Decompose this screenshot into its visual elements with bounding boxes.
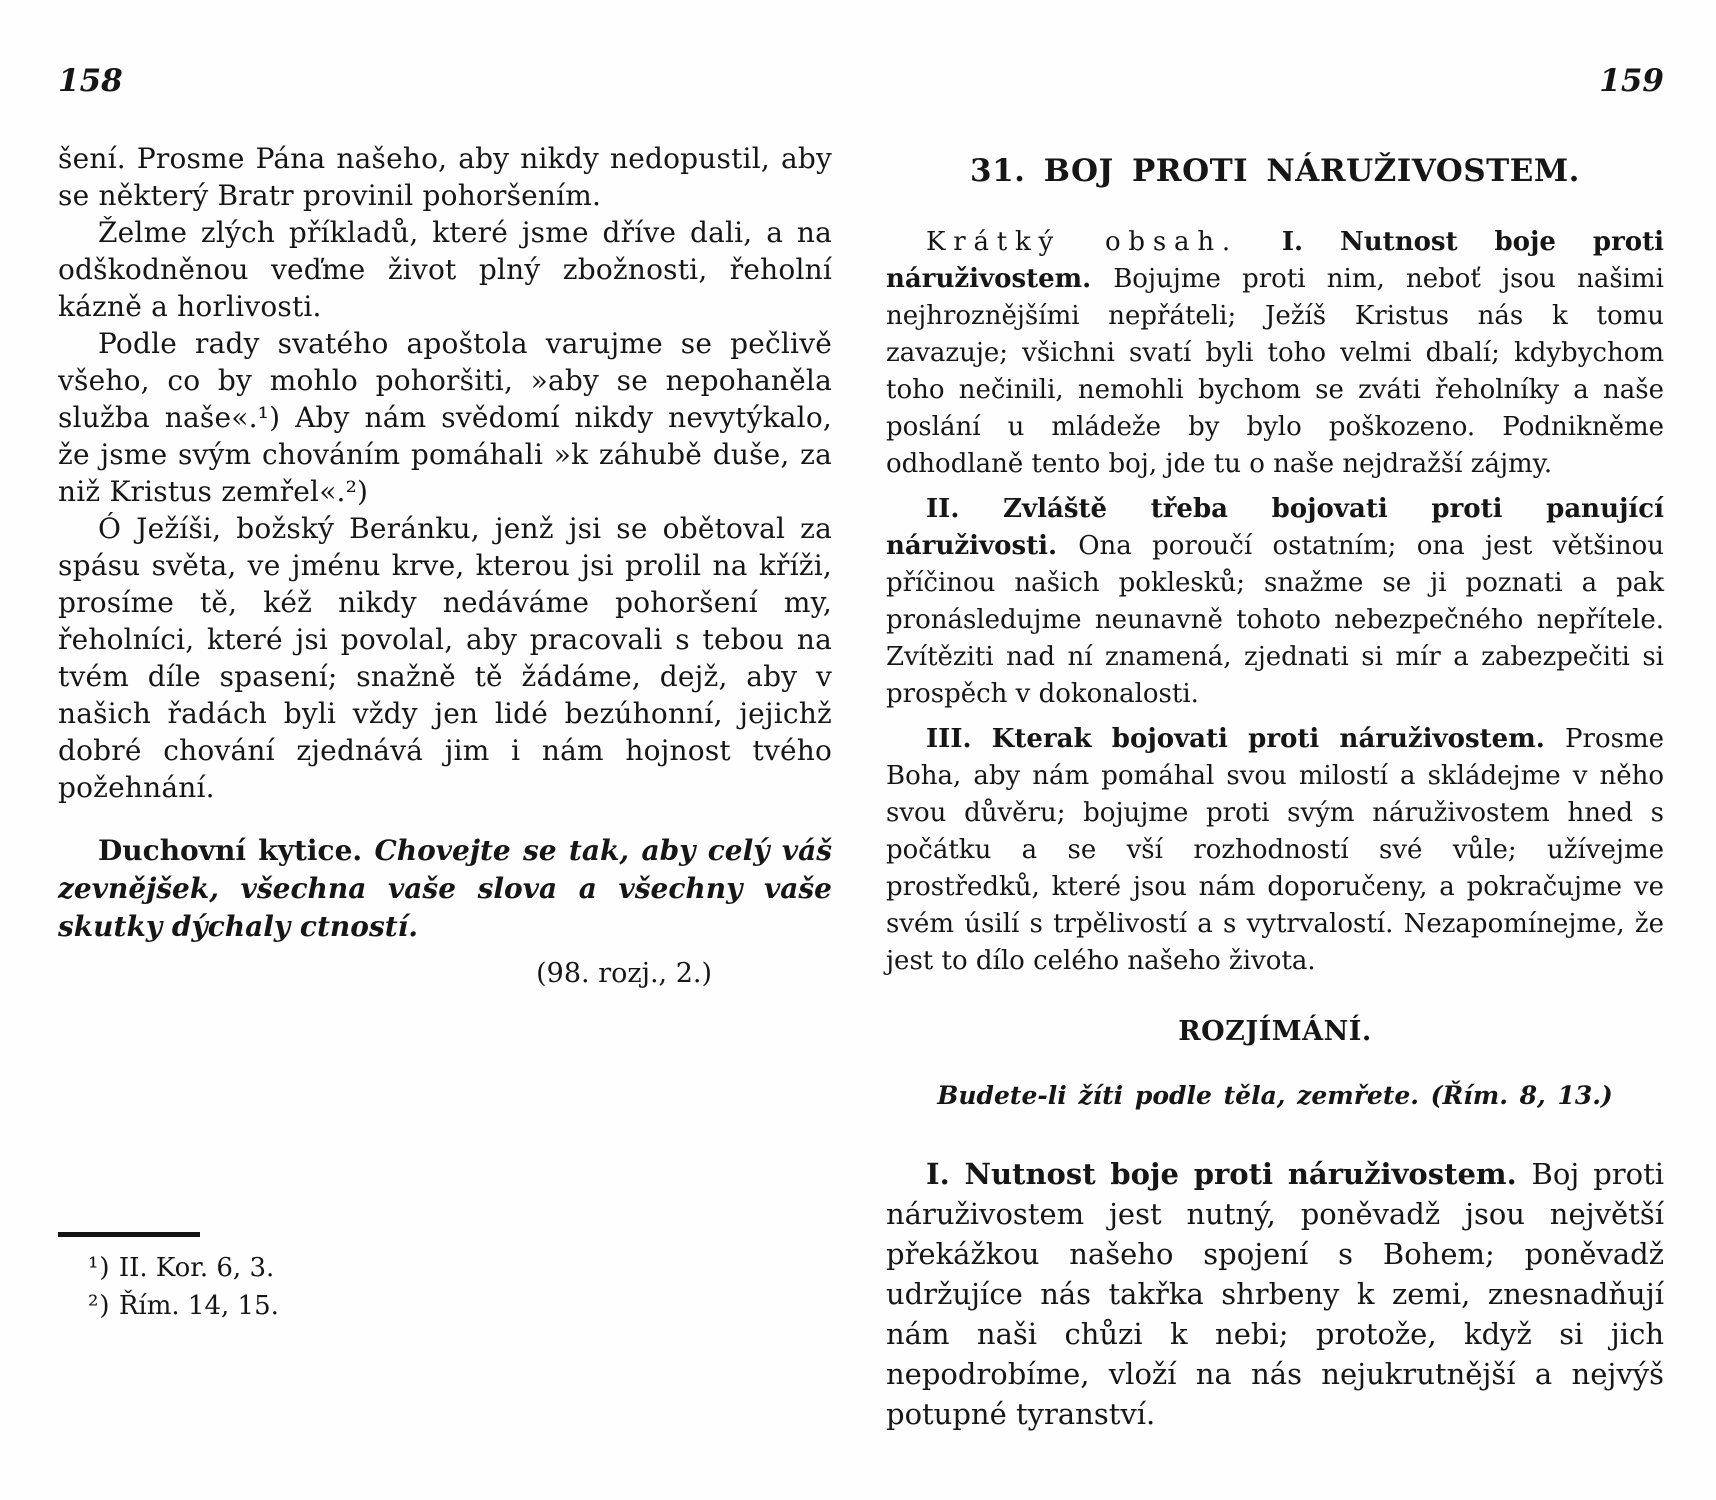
summary-paragraph-1: Krátký obsah. I. Nutnost boje proti náru… [886,224,1664,483]
book-spread: 158 šení. Prosme Pána našeho, aby nikdy … [0,0,1716,1500]
footnote-divider [58,1232,200,1237]
page-right: 159 31. BOJ PROTI NÁRUŽIVOSTEM. Krátký o… [886,64,1664,1434]
meditation-heading: ROZJÍMÁNÍ. [886,1016,1664,1047]
paragraph-continuation: šení. Prosme Pána našeho, aby nikdy nedo… [58,140,832,214]
page-left: 158 šení. Prosme Pána našeho, aby nikdy … [58,64,832,989]
footnote-1: ¹) II. Kor. 6, 3. [58,1249,498,1287]
paragraph: Podle rady svatého apoštola varujme se p… [58,325,832,510]
chapter-title: 31. BOJ PROTI NÁRUŽIVOSTEM. [886,153,1664,189]
citation-reference: (98. rozj., 2.) [58,958,832,989]
footnote-marker: ²) [88,1291,111,1321]
footnotes: ¹) II. Kor. 6, 3. ²) Řím. 14, 15. [58,1232,498,1325]
footnote-2: ²) Řím. 14, 15. [58,1287,498,1325]
paragraph: Želme zlých příkladů, které jsme dříve d… [58,214,832,325]
summary-paragraph-2: II. Zvláště třeba bojovati proti panujíc… [886,491,1664,713]
footnote-text: Řím. 14, 15. [119,1291,279,1321]
summary-paragraph-3: III. Kterak bojovati proti náruživostem.… [886,721,1664,980]
page-number-left: 158 [58,64,832,98]
paragraph: Ó Ježíši, božský Beránku, jenž jsi se ob… [58,510,832,806]
meditation-body-paragraph: I. Nutnost boje proti náruživostem. Boj … [886,1154,1664,1434]
page-number-right: 159 [886,64,1664,98]
spiritual-bouquet: Duchovní kytice. Chovejte se tak, aby ce… [58,832,832,946]
footnote-marker: ¹) [88,1253,111,1283]
scripture-verse: Budete-li žíti podle těla, zemřete. (Řím… [886,1081,1664,1110]
footnote-text: II. Kor. 6, 3. [119,1253,274,1283]
